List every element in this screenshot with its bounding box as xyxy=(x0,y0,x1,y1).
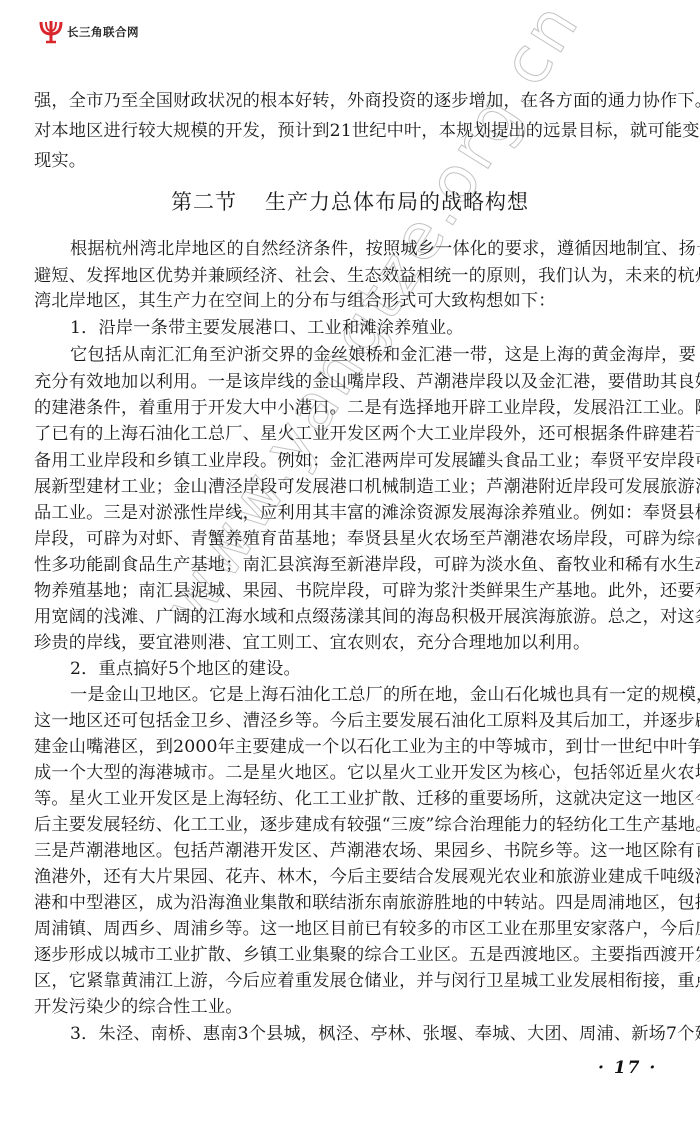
text-line: 三是芦潮港地区。包括芦潮港开发区、芦潮港农场、果园乡、书院乡等。这一地区除有百年 xyxy=(34,841,674,861)
section-heading: 第二节生产力总体布局的战略构想 xyxy=(0,188,700,216)
text-line: 它包括从南汇汇角至沪浙交界的金丝娘桥和金汇港一带，这是上海的黄金海岸，要 xyxy=(70,345,674,365)
text-line: 建金山嘴港区，到2000年主要建成一个以石化工业为主的中等城市，到廿一世纪中叶争… xyxy=(34,737,674,757)
text-line: 湾北岸地区，其生产力在空间上的分布与组合形式可大致构想如下： xyxy=(34,291,674,311)
text-line: 珍贵的岸线，要宜港则港、宜工则工、宜农则农，充分合理地加以利用。 xyxy=(34,633,674,653)
text-line: 根据杭州湾北岸地区的自然经济条件，按照城乡一体化的要求，遵循因地制宜、扬长 xyxy=(70,239,674,259)
text-line: 品工业。三是对淤涨性岸线，应利用其丰富的滩涂资源发展海涂养殖业。例如：奉贤县柘林 xyxy=(34,503,674,523)
text-line: 强，全市乃至全国财政状况的根本好转，外商投资的逐步增加，在各方面的通力协作下。 xyxy=(34,91,674,111)
site-header: 长三角联合网 xyxy=(38,20,139,44)
text-line: 岸段，可辟为对虾、青蟹养殖育苗基地；奉贤县星火农场至芦潮港农场岸段，可辟为综合 xyxy=(34,529,674,549)
text-line: 周浦镇、周西乡、周浦乡等。这一地区目前已有较多的市区工业在那里安家落户，今后应 xyxy=(34,919,674,939)
text-line: 开发污染少的综合性工业。 xyxy=(34,997,674,1017)
text-line: 这一地区还可包括金卫乡、漕泾乡等。今后主要发展石油化工原料及其后加工，并逐步辟 xyxy=(34,711,674,731)
text-line: 区，它紧靠黄浦江上游，今后应着重发展仓储业，并与闵行卫星城工业发展相衔接，重点 xyxy=(34,971,674,991)
list-heading-1: 1．沿岸一条带主要发展港口、工业和滩涂养殖业。 xyxy=(70,318,674,338)
section-number: 第二节 xyxy=(171,190,237,214)
text-line: 等。星火工业开发区是上海轻纺、化工工业扩散、迁移的重要场所，这就决定这一地区今 xyxy=(34,789,674,809)
text-line: 一是金山卫地区。它是上海石油化工总厂的所在地，金山石化城也具有一定的规模， xyxy=(70,685,674,705)
page-number: · 17 · xyxy=(598,1058,657,1078)
text-line: 充分有效地加以利用。一是该岸线的金山嘴岸段、芦潮港岸段以及金汇港，要借助其良好 xyxy=(34,372,674,392)
text-line: 成一个大型的海港城市。二是星火地区。它以星火工业开发区为核心，包括邻近星火农场 xyxy=(34,763,674,783)
text-line: 用宽阔的浅滩、广阔的江海水域和点缀荡漾其间的海岛积极开展滨海旅游。总之，对这条 xyxy=(34,607,674,627)
text-line: 物养殖基地；南汇县泥城、果园、书院岸段，可辟为浆汁类鲜果生产基地。此外，还要利 xyxy=(34,581,674,601)
text-line: 备用工业岸段和乡镇工业岸段。例如：金汇港两岸可发展罐头食品工业；奉贤平安岸段可发 xyxy=(34,451,674,471)
text-line: 渔港外，还有大片果园、花卉、林木，今后主要结合发展观光农业和旅游业建成千吨级渔 xyxy=(34,867,674,887)
document-page: 长三角联合网 www.yangtze.org.cn 强，全市乃至全国财政状况的根… xyxy=(0,0,700,1124)
text-line: 了已有的上海石油化工总厂、星火工业开发区两个大工业岸段外，还可根据条件辟建若干 xyxy=(34,424,674,444)
site-name: 长三角联合网 xyxy=(67,24,139,40)
text-line: 的建港条件，着重用于开发大中小港口。二是有选择地开辟工业岸段，发展沿江工业。除 xyxy=(34,398,674,418)
list-heading-3: 3．朱泾、南桥、惠南3个县城，枫泾、亭林、张堰、奉城、大团、周浦、新场7个建 xyxy=(70,1024,674,1044)
psi-logo-icon xyxy=(38,19,64,45)
text-line: 展新型建材工业；金山漕泾岸段可发展港口机械制造工业；芦潮港附近岸段可发展旅游消费 xyxy=(34,477,674,497)
text-line: 对本地区进行较大规模的开发，预计到21世纪中叶，本规划提出的远景目标，就可能变成 xyxy=(34,121,674,141)
text-line: 性多功能副食品生产基地；南汇县滨海至新港岸段，可辟为淡水鱼、畜牧业和稀有水生动 xyxy=(34,555,674,575)
text-line: 逐步形成以城市工业扩散、乡镇工业集聚的综合工业区。五是西渡地区。主要指西渡开发 xyxy=(34,945,674,965)
text-line: 港和中型港区，成为沿海渔业集散和联结浙东南旅游胜地的中转站。四是周浦地区，包括 xyxy=(34,893,674,913)
list-heading-2: 2．重点搞好5个地区的建设。 xyxy=(70,659,674,679)
text-line: 避短、发挥地区优势并兼顾经济、社会、生态效益相统一的原则，我们认为，未来的杭州 xyxy=(34,266,674,286)
text-line: 后主要发展轻纺、化工工业，逐步建成有较强“三废”综合治理能力的轻纺化工生产基地。 xyxy=(34,815,674,835)
text-line: 现实。 xyxy=(34,151,674,171)
section-title: 生产力总体布局的战略构想 xyxy=(265,190,529,214)
